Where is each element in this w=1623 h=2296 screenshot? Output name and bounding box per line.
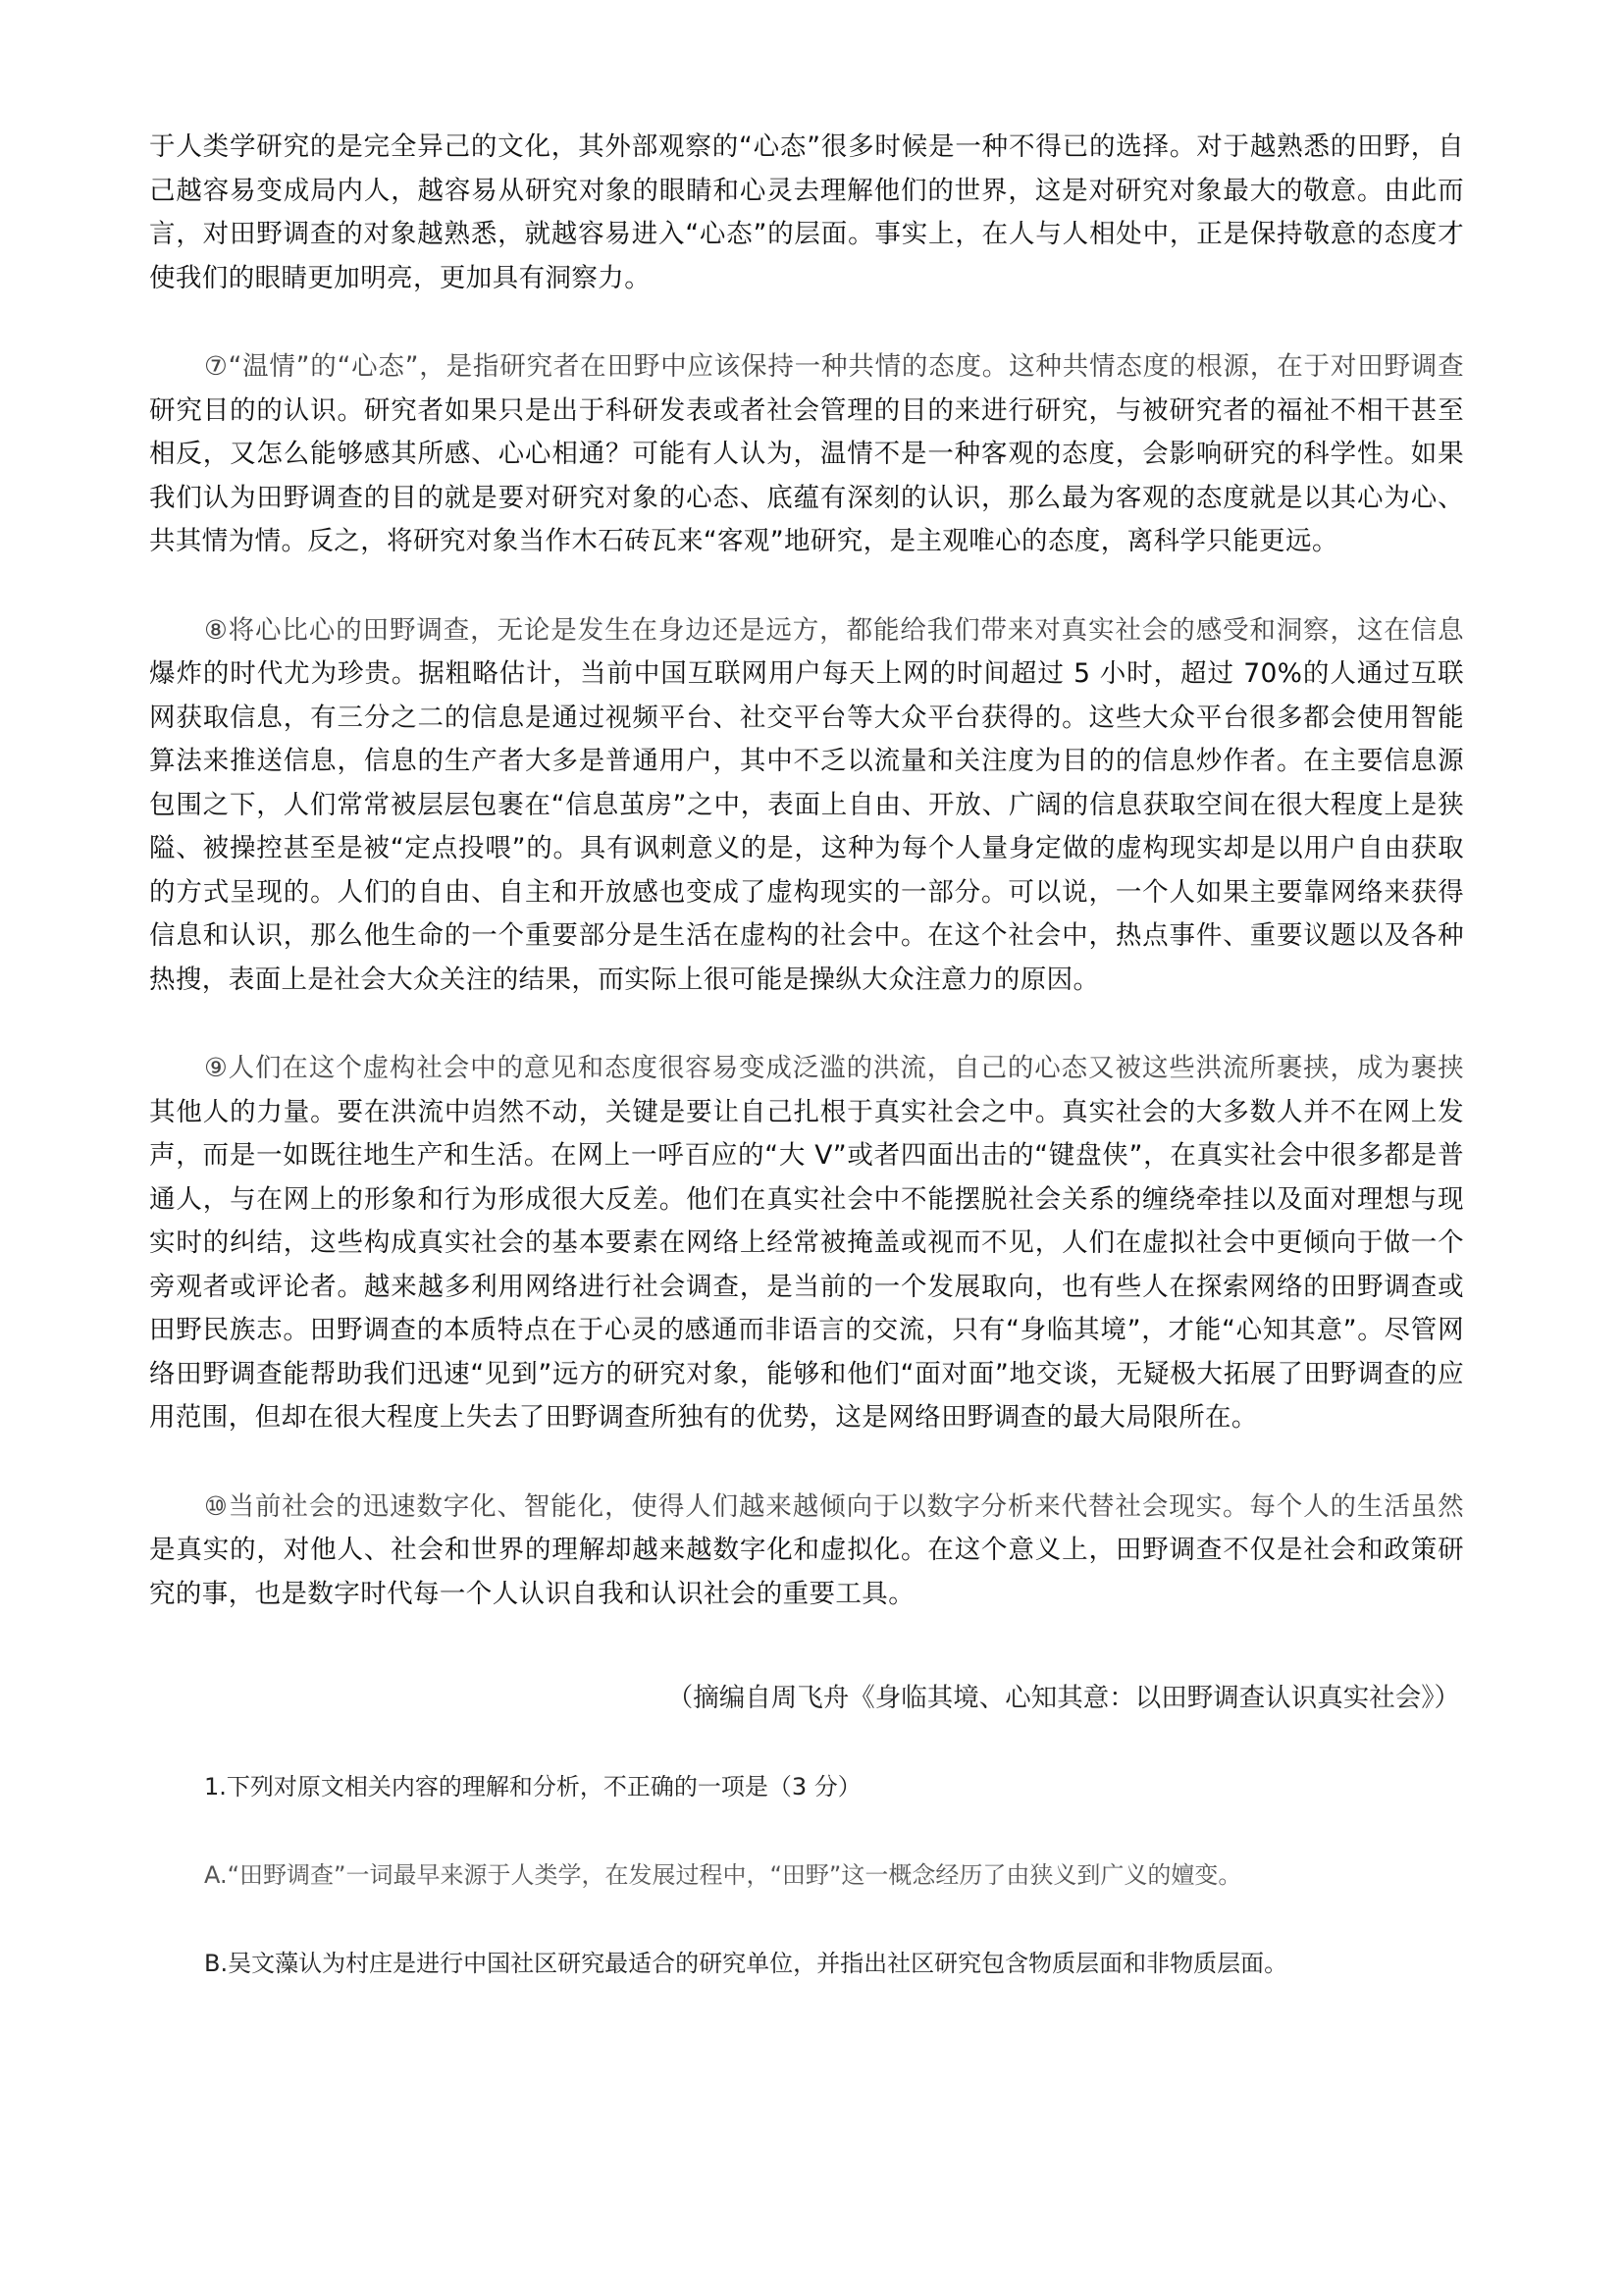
source-citation: （摘编自周飞舟《身临其境、心知其意：以田野调查认识真实社会》） — [149, 1677, 1464, 1720]
question-1-stem: 1.下列对原文相关内容的理解和分析，不正确的一项是（3 分） — [149, 1765, 1464, 1808]
question-1-option-b: B.吴文藻认为村庄是进行中国社区研究最适合的研究单位，并指出社区研究包含物质层面… — [149, 1942, 1464, 1985]
paragraph-spacer — [149, 1616, 1464, 1677]
paragraph-9: ⑨人们在这个虚构社会中的意见和态度很容易变成泛滥的洪流，自己的心态又被这些洪流所… — [149, 1047, 1464, 1440]
paragraph-spacer — [149, 1808, 1464, 1853]
paragraph-spacer — [149, 1897, 1464, 1942]
paragraph-10: ⑩当前社会的迅速数字化、智能化，使得人们越来越倾向于以数字分析来代替社会现实。每… — [149, 1486, 1464, 1617]
paragraph-spacer — [149, 1720, 1464, 1765]
paragraph-spacer — [149, 1002, 1464, 1047]
question-1-option-a: A.“田野调查”一词最早来源于人类学，在发展过程中，“田野”这一概念经历了由狭义… — [149, 1853, 1464, 1897]
paragraph-spacer — [149, 564, 1464, 609]
paragraph-8: ⑧将心比心的田野调查，无论是发生在身边还是远方，都能给我们带来对真实社会的感受和… — [149, 609, 1464, 1003]
paragraph-7: ⑦“温情”的“心态”，是指研究者在田野中应该保持一种共情的态度。这种共情态度的根… — [149, 345, 1464, 564]
paragraph-spacer — [149, 300, 1464, 345]
document-page: 于人类学研究的是完全异己的文化，其外部观察的“心态”很多时候是一种不得已的选择。… — [149, 126, 1464, 1985]
paragraph-6-continued: 于人类学研究的是完全异己的文化，其外部观察的“心态”很多时候是一种不得已的选择。… — [149, 126, 1464, 300]
paragraph-spacer — [149, 1440, 1464, 1486]
